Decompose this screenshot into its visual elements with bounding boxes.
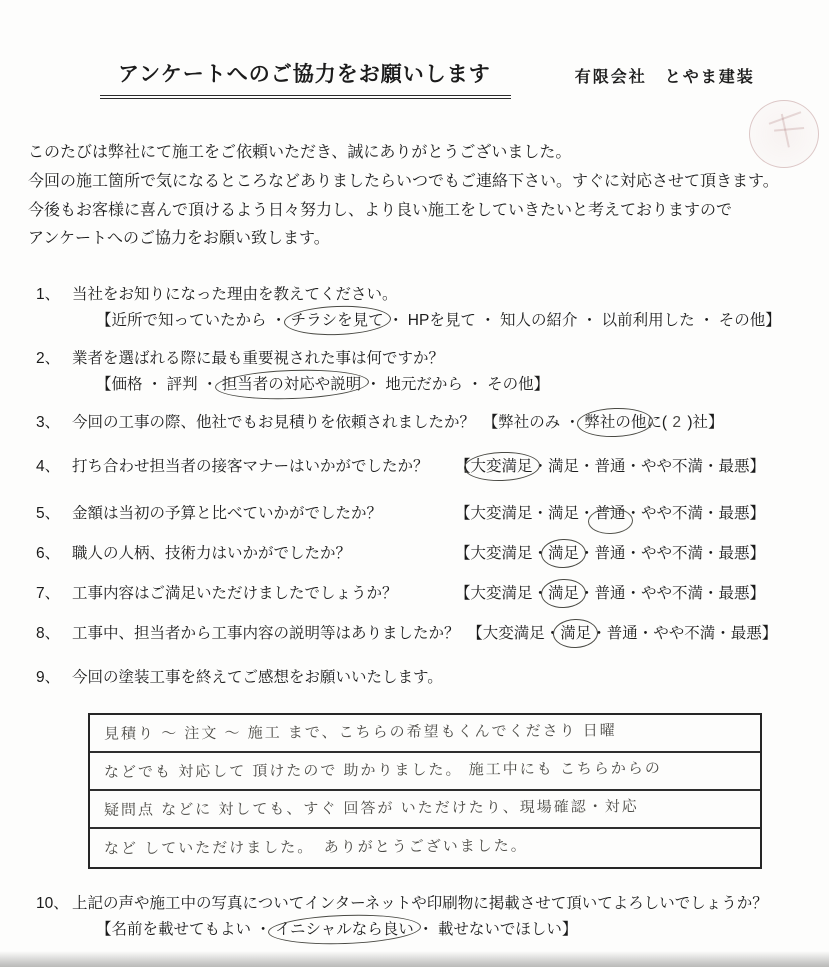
question-number: 5、 — [36, 503, 72, 525]
question-7: 7、工事内容はご満足いただけましたでしょうか？【大変満足・満足・普通・やや不満・… — [36, 583, 809, 605]
comment-box: 見積り 〜 注文 〜 施工 まで、こちらの希望もくんでくださり 日曜などでも 対… — [88, 713, 762, 869]
circled-answer: 満足 — [560, 623, 591, 645]
option-segment: ・普通・やや不満・最悪】 — [579, 543, 765, 565]
circled-answer: 弊社の他 — [584, 412, 646, 434]
hanko-stamp-icon — [749, 100, 819, 168]
question-number: 10、 — [36, 893, 72, 915]
question-number: 6、 — [36, 543, 72, 565]
question-text: 打ち合わせ担当者の接客マナーはいかがでしたか？ — [72, 456, 455, 478]
option-segment: ・ — [695, 312, 719, 329]
question-number: 3、 — [36, 412, 72, 434]
option-segment: 【価格 — [96, 376, 143, 393]
question-text: 当社をお知りになった理由を教えてください。 — [72, 286, 398, 303]
question-3: 3、今回の工事の際、他社でもお見積りを依頼されましたか？ 【弊社のみ ・ 弊社の… — [36, 412, 809, 434]
option-segment: 【 — [455, 456, 471, 478]
option-segment: 以前利用した — [602, 312, 695, 329]
handwritten-comment-line: 見積り 〜 注文 〜 施工 まで、こちらの希望もくんでくださり 日曜 — [104, 720, 617, 746]
option-segment: 【近所で知っていたから — [96, 312, 267, 329]
question-number: 9、 — [36, 667, 72, 689]
option-segment: ・普通・やや不満・最悪】 — [579, 583, 765, 605]
option-segment: 地元だから — [385, 376, 463, 393]
option-segment: ・ — [384, 312, 408, 329]
option-segment: ・普通・やや不満・最悪】 — [591, 625, 777, 642]
question-line: 2、業者を選ばれる際に最も重要視された事は何ですか？ — [36, 348, 809, 370]
survey-form-page: アンケートへのご協力をお願いします 有限会社 とやま建装 このたびは弊社にて施工… — [0, 0, 829, 967]
option-segment: ・満足・普通・やや不満・最悪】 — [533, 456, 766, 478]
question-line: 8、工事中、担当者から工事内容の説明等はありましたか？ 【大変満足・満足・普通・… — [36, 623, 809, 645]
question-text: 今回の塗装工事を終えてご感想をお願いいたします。 — [72, 669, 443, 686]
question-text: 金額は当初の予算と比べていかがでしたか？ — [72, 503, 455, 525]
option-segment: 【大変満足・満足・ — [455, 503, 595, 525]
intro-line-4: アンケートへのご協力をお願い致します。 — [28, 225, 805, 254]
option-segment: ・ — [198, 376, 222, 393]
question-line: 5、金額は当初の予算と比べていかがでしたか？【大変満足・満足・普通・やや不満・最… — [36, 503, 809, 525]
question-text: 職人の人柄、技術力はいかがでしたか？ — [72, 543, 455, 565]
question-4: 4、打ち合わせ担当者の接客マナーはいかがでしたか？【大変満足・満足・普通・やや不… — [36, 456, 809, 478]
question-8: 8、工事中、担当者から工事内容の説明等はありましたか？ 【大変満足・満足・普通・… — [36, 623, 809, 645]
stamp-strokes — [769, 111, 802, 125]
page-title: アンケートへのご協力をお願いします — [118, 63, 491, 86]
option-segment: 【大変満足・ — [455, 543, 548, 565]
question-number: 2、 — [36, 348, 72, 370]
option-segment: ・ — [361, 376, 385, 393]
handwritten-comment-line: など していただけました。 ありがとうございました。 — [104, 836, 528, 861]
handwritten-comment-line: 疑問点 などに 対しても、すぐ 回答が いただけたり、現場確認・対応 — [104, 796, 639, 822]
option-segment: 知人の紹介 — [500, 312, 578, 329]
option-segment: その他】 — [487, 376, 549, 393]
comment-row: 疑問点 などに 対しても、すぐ 回答が いただけたり、現場確認・対応 — [90, 791, 760, 829]
intro-line-1: このたびは弊社にて施工をご依頼いただき、誠にありがとうございました。 — [28, 139, 805, 168]
option-segment: 【弊社のみ — [491, 414, 561, 431]
options-line: 【名前を載せてもよい ・ イニシャルなら良い ・ 載せないでほしい】 — [96, 919, 809, 941]
question-line: 6、職人の人柄、技術力はいかがでしたか？【大変満足・満足・普通・やや不満・最悪】 — [36, 543, 809, 565]
question-number: 1、 — [36, 284, 72, 306]
option-segment: 載せないでほしい】 — [438, 921, 578, 938]
comment-row: などでも 対応して 頂けたので 助かりました。 施工中にも こちらからの — [90, 753, 760, 791]
question-1: 1、当社をお知りになった理由を教えてください。【近所で知っていたから ・ チラシ… — [36, 284, 809, 332]
option-segment: HPを見て — [408, 312, 476, 329]
question-line: 1、当社をお知りになった理由を教えてください。 — [36, 284, 809, 306]
intro-paragraph: このたびは弊社にて施工をご依頼いただき、誠にありがとうございました。今回の施工箇… — [28, 139, 805, 254]
option-segment: ・ — [414, 921, 438, 938]
question-9: 9、今回の塗装工事を終えてご感想をお願いいたします。見積り 〜 注文 〜 施工 … — [36, 667, 809, 869]
question-number: 8、 — [36, 623, 72, 645]
question-text: 今回の工事の際、他社でもお見積りを依頼されましたか？ — [72, 414, 491, 431]
option-segment: ・ — [577, 312, 601, 329]
question-line: 4、打ち合わせ担当者の接客マナーはいかがでしたか？【大変満足・満足・普通・やや不… — [36, 456, 809, 478]
question-10: 10、上記の声や施工中の写真についてインターネットや印刷物に掲載させて頂いてよろ… — [36, 893, 809, 941]
circled-answer: イニシャルなら良い — [275, 919, 414, 941]
option-segment: 評判 — [167, 376, 198, 393]
comment-row: 見積り 〜 注文 〜 施工 まで、こちらの希望もくんでくださり 日曜 — [90, 715, 760, 753]
option-segment: に( — [646, 414, 667, 431]
question-5: 5、金額は当初の予算と比べていかがでしたか？【大変満足・満足・普通・やや不満・最… — [36, 503, 809, 525]
option-segment: 【名前を載せてもよい — [96, 921, 251, 938]
option-segment: その他】 — [719, 312, 781, 329]
question-text: 工事中、担当者から工事内容の説明等はありましたか？ — [72, 625, 475, 642]
questions: 1、当社をお知りになった理由を教えてください。【近所で知っていたから ・ チラシ… — [36, 284, 809, 941]
intro-line-3: 今後もお客様に喜んで頂けるよう日々努力し、より良い施工をしていきたいと考えており… — [28, 197, 805, 226]
question-line: 9、今回の塗装工事を終えてご感想をお願いいたします。 — [36, 667, 809, 689]
question-text: 上記の声や施工中の写真についてインターネットや印刷物に掲載させて頂いてよろしいで… — [72, 895, 768, 912]
option-segment: 【大変満足・ — [455, 583, 548, 605]
question-2: 2、業者を選ばれる際に最も重要視された事は何ですか？【価格 ・ 評判 ・ 担当者… — [36, 348, 809, 396]
circled-answer: 普通 — [595, 503, 626, 525]
question-number: 7、 — [36, 583, 72, 605]
company-name: 有限会社 とやま建装 — [575, 64, 755, 87]
option-segment: )社】 — [687, 414, 723, 431]
option-segment: ・ — [143, 376, 167, 393]
question-text: 工事内容はご満足いただけましたでしょうか？ — [72, 583, 455, 605]
question-line: 3、今回の工事の際、他社でもお見積りを依頼されましたか？ 【弊社のみ ・ 弊社の… — [36, 412, 809, 434]
scan-edge-artifact — [0, 951, 829, 967]
question-number: 4、 — [36, 456, 72, 478]
comment-row: など していただけました。 ありがとうございました。 — [90, 829, 760, 867]
question-line: 10、上記の声や施工中の写真についてインターネットや印刷物に掲載させて頂いてよろ… — [36, 893, 809, 915]
question-6: 6、職人の人柄、技術力はいかがでしたか？【大変満足・満足・普通・やや不満・最悪】 — [36, 543, 809, 565]
option-segment: 【大変満足・ — [475, 625, 560, 642]
circled-answer: 満足 — [548, 583, 579, 605]
handwritten-comment-line: などでも 対応して 頂けたので 助かりました。 施工中にも こちらからの — [104, 758, 662, 784]
circled-answer: 大変満足 — [471, 456, 533, 478]
circled-answer: チラシを見て — [291, 310, 384, 332]
circled-answer: 担当者の対応や説明 — [222, 374, 362, 396]
option-segment: ・ — [476, 312, 500, 329]
title-underline: アンケートへのご協力をお願いします — [100, 58, 511, 99]
form-header: アンケートへのご協力をお願いします 有限会社 とやま建装 — [0, 0, 829, 99]
option-segment: ・ — [251, 921, 275, 938]
handwritten-value: 2 — [667, 414, 687, 431]
question-text: 業者を選ばれる際に最も重要視された事は何ですか？ — [72, 350, 444, 367]
option-segment: ・ — [560, 414, 584, 431]
options-line: 【価格 ・ 評判 ・ 担当者の対応や説明 ・ 地元だから ・ その他】 — [96, 374, 809, 396]
options-line: 【近所で知っていたから ・ チラシを見て ・ HPを見て ・ 知人の紹介 ・ 以… — [96, 310, 809, 332]
option-segment: ・やや不満・最悪】 — [626, 503, 766, 525]
intro-line-2: 今回の施工箇所で気になるところなどありましたらいつでもご連絡下さい。すぐに対応さ… — [28, 168, 805, 197]
circled-answer: 満足 — [548, 543, 579, 565]
question-line: 7、工事内容はご満足いただけましたでしょうか？【大変満足・満足・普通・やや不満・… — [36, 583, 809, 605]
option-segment: ・ — [267, 312, 291, 329]
option-segment: ・ — [463, 376, 487, 393]
